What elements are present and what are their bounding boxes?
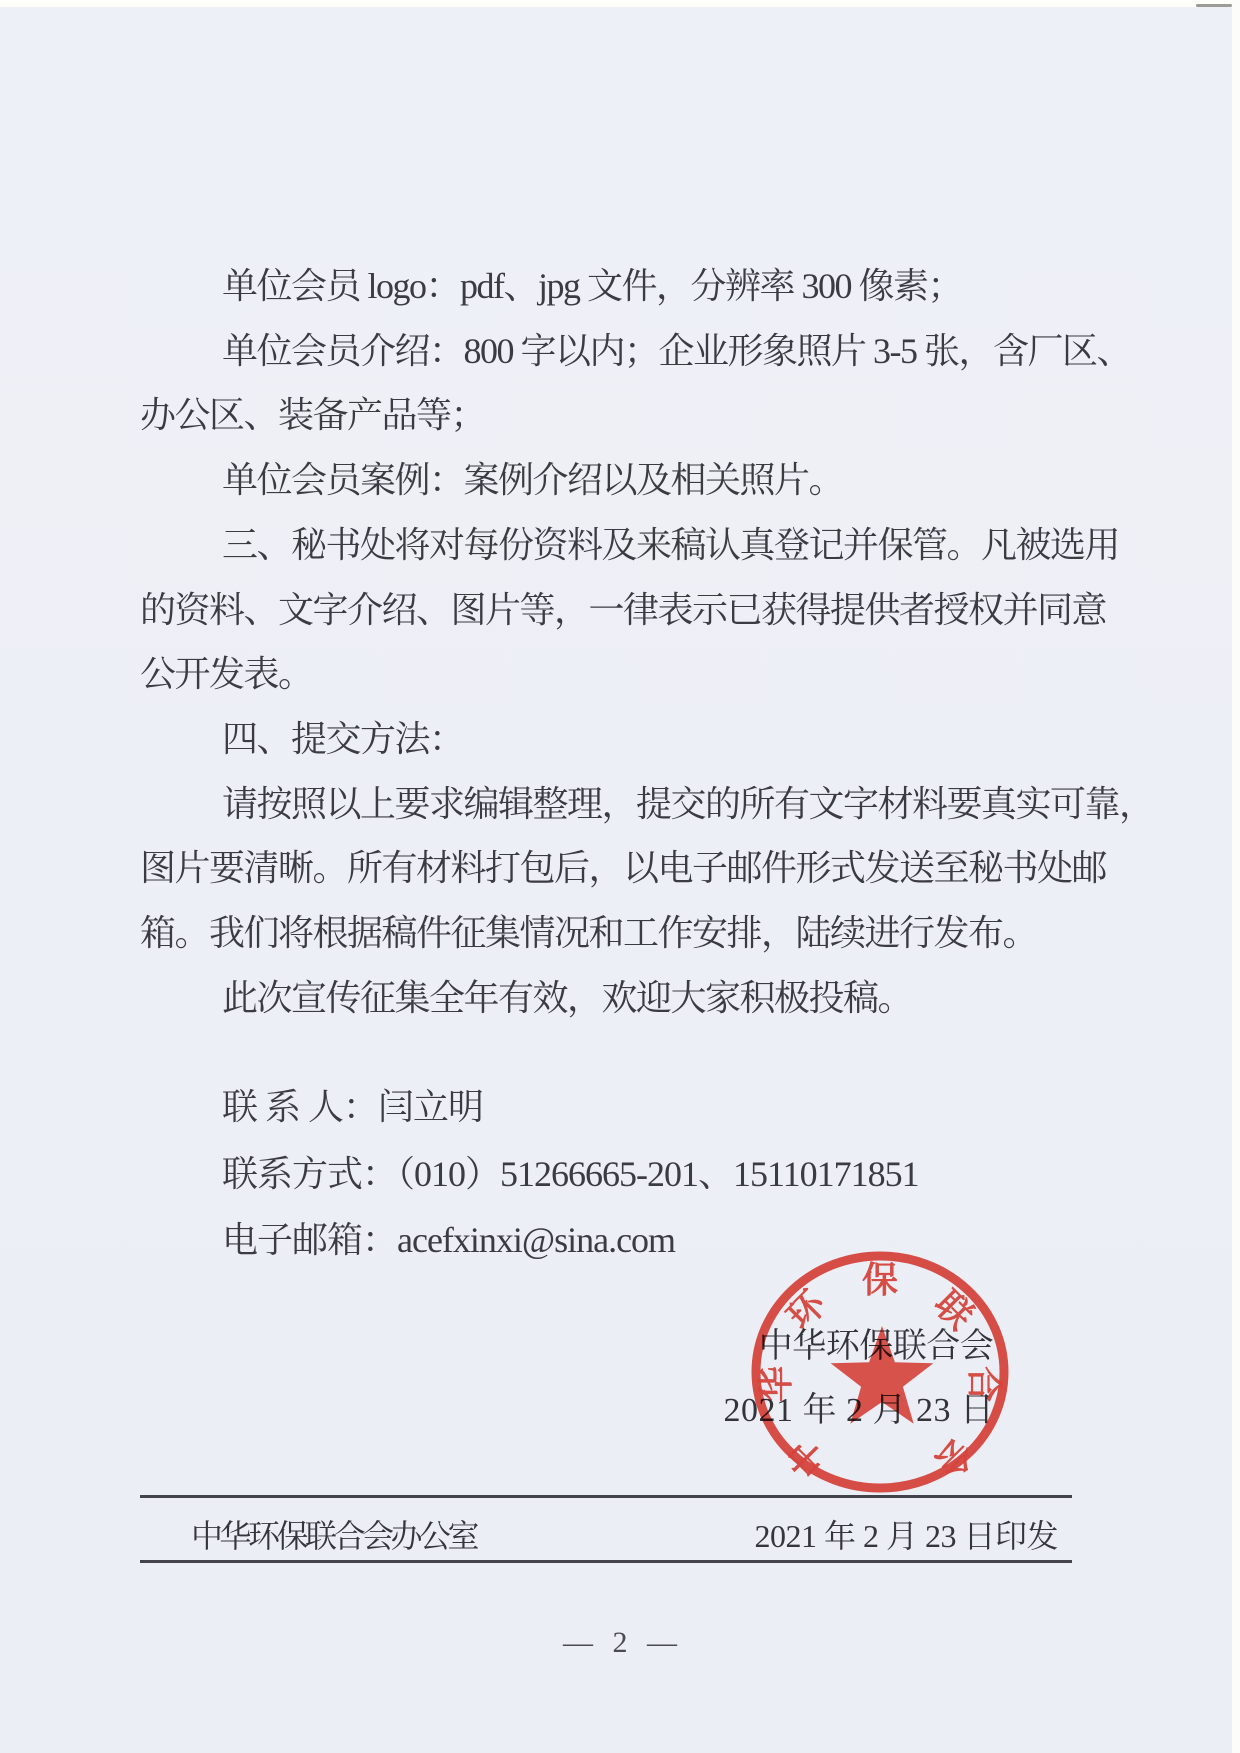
footer-rule-bottom xyxy=(140,1560,1072,1563)
contact-line: 联系方式：（010）51266665-201、15110171851 xyxy=(222,1152,919,1196)
page-number: — 2 — xyxy=(563,1626,683,1660)
contact-line: 联 系 人：闫立明 xyxy=(222,1085,483,1129)
body-line: 单位会员案例：案例介绍以及相关照片。 xyxy=(222,458,843,502)
body-line: 图片要清晰。所有材料打包后，以电子邮件形式发送至秘书处邮 xyxy=(140,846,1106,890)
body-line: 公开发表。 xyxy=(140,652,313,696)
body-line: 此次宣传征集全年有效，欢迎大家积极投稿。 xyxy=(222,976,912,1020)
signature-date: 2021 年 2 月 23 日 xyxy=(724,1382,995,1431)
body-line: 单位会员 logo：pdf、jpg 文件，分辨率 300 像素； xyxy=(222,264,962,308)
footer-rule-top xyxy=(140,1495,1072,1498)
scan-edge-top xyxy=(0,0,1240,7)
body-line: 请按照以上要求编辑整理，提交的所有文字材料要真实可靠， xyxy=(222,782,1154,826)
body-line: 单位会员介绍：800 字以内；企业形象照片 3-5 张，含厂区、 xyxy=(222,329,1131,373)
scan-edge-right xyxy=(1232,0,1240,1753)
signature-organization: 中华环保联合会 xyxy=(759,1318,994,1367)
body-line: 办公区、装备产品等； xyxy=(140,393,485,437)
body-line: 三、秘书处将对每份资料及来稿认真登记并保管。凡被选用 xyxy=(222,523,1119,567)
body-line: 的资料、文字介绍、图片等，一律表示已获得提供者授权并同意 xyxy=(140,588,1106,632)
body-line: 箱。我们将根据稿件征集情况和工作安排，陆续进行发布。 xyxy=(140,911,1037,955)
body-line: 四、提交方法： xyxy=(222,717,464,761)
footer-issuing-office: 中华环保联合会办公室 xyxy=(191,1511,476,1557)
scan-artifact xyxy=(1196,4,1232,7)
contact-line: 电子邮箱：acefxinxi@sina.com xyxy=(222,1218,675,1262)
footer-print-date: 2021 年 2 月 23 日印发 xyxy=(754,1511,1058,1557)
